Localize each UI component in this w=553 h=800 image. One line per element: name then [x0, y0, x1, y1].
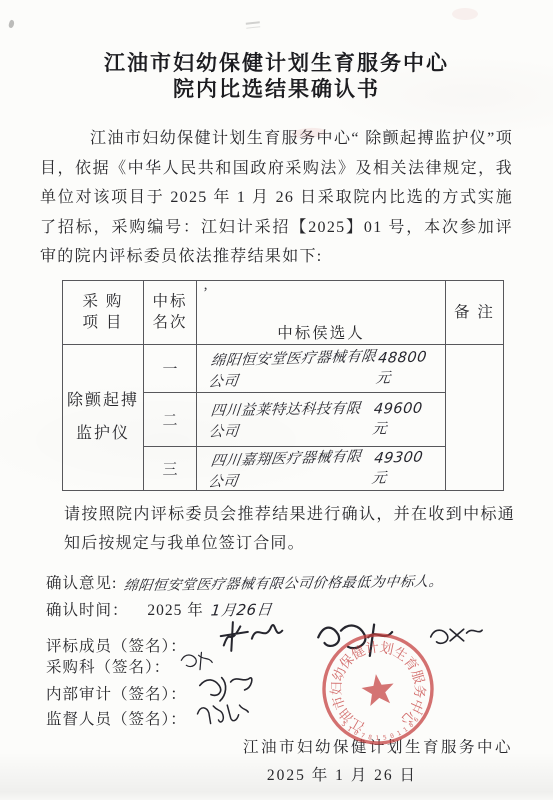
header-rank: 中标 名次 — [144, 280, 197, 344]
candidate-price-handwriting: 49600元 — [372, 400, 433, 438]
supervisor-signature-row: 监督人员（签名）： — [46, 701, 523, 727]
table-row: 除颤起搏 监护仪 一 绵阳恒安堂医疗器械有限公司 48800元 — [63, 344, 504, 392]
candidate-company-handwriting: 四川益莱特达科技有限公司 — [208, 397, 375, 442]
candidate-price-handwriting: 48800元 — [374, 349, 433, 388]
candidate-company-handwriting: 四川嘉翔医疗器械有限公司 — [207, 444, 376, 491]
svg-text:1: 1 — [402, 726, 409, 734]
table-header-row: 采 购 项 目 中标 名次 ’ 中标侯选人 备 注 — [63, 280, 504, 344]
rank-cell: 一 — [144, 344, 197, 392]
footer-organization: 江油市妇幼保健计划生育服务中心 — [0, 735, 513, 757]
candidate-company-handwriting: 绵阳恒安堂医疗器械有限公司 — [207, 345, 379, 392]
remark-cell — [446, 344, 504, 490]
stray-mark: ’ — [203, 283, 210, 304]
opinion-handwriting: 绵阳恒安堂医疗器械有限公司价格最低为中标人。 — [122, 568, 445, 598]
audit-signature-row: 内部审计（签名）： — [46, 675, 523, 701]
candidate-price-handwriting: 49300元 — [371, 449, 434, 488]
footer-date: 2025 年 1 月 26 日 — [0, 763, 417, 785]
procurement-label: 采购科（签名）： — [46, 659, 170, 676]
header-candidate: ’ 中标侯选人 — [197, 280, 446, 344]
supervisor-label: 监督人员（签名）： — [46, 711, 187, 728]
confirmation-block: 确认意见: 绵阳恒安堂医疗器械有限公司价格最低为中标人。 确认时间： 2025 … — [46, 571, 523, 727]
rank-cell: 三 — [144, 446, 197, 490]
opinion-row: 确认意见: 绵阳恒安堂医疗器械有限公司价格最低为中标人。 — [46, 571, 523, 597]
header-remark: 备 注 — [446, 280, 504, 344]
procurement-signature-row: 采购科（签名）： — [46, 649, 523, 675]
opinion-label: 确认意见: — [46, 575, 117, 592]
title-line2: 院内比选结果确认书 — [0, 76, 553, 102]
intro-paragraph: 江油市妇幼保健计划生育服务中心“ 除颤起搏监护仪”项目，依据《中华人民共和国政府… — [40, 124, 513, 272]
document-title: 江油市妇幼保健计划生育服务中心 院内比选结果确认书 — [0, 0, 553, 102]
candidate-cell: 四川益莱特达科技有限公司 49600元 — [197, 392, 446, 446]
scanned-document-page: 江油市妇幼保健计划生育服务中心 院内比选结果确认书 江油市妇幼保健计划生育服务中… — [0, 0, 553, 800]
time-label: 确认时间： — [46, 602, 129, 619]
header-project: 采 购 项 目 — [63, 280, 144, 344]
evaluators-signature-row: 评标成员（签名）： — [46, 623, 523, 649]
notice-paragraph: 请按照院内评标委员会推荐结果进行确认，并在收到中标通知后按规定与我单位签订合同。 — [64, 500, 515, 558]
rank-cell: 二 — [144, 392, 197, 446]
signature-supervisor — [194, 698, 250, 737]
candidate-cell: 绵阳恒安堂医疗器械有限公司 48800元 — [197, 344, 446, 392]
bid-result-table: 采 购 项 目 中标 名次 ’ 中标侯选人 备 注 除颤起搏 监护仪 一 绵阳恒… — [62, 280, 504, 491]
title-line1: 江油市妇幼保健计划生育服务中心 — [0, 50, 553, 76]
project-name-cell: 除颤起搏 监护仪 — [63, 344, 144, 490]
svg-text:1: 1 — [346, 725, 353, 733]
time-printed-year: 2025 年 — [147, 602, 203, 619]
candidate-cell: 四川嘉翔医疗器械有限公司 49300元 — [197, 446, 446, 490]
